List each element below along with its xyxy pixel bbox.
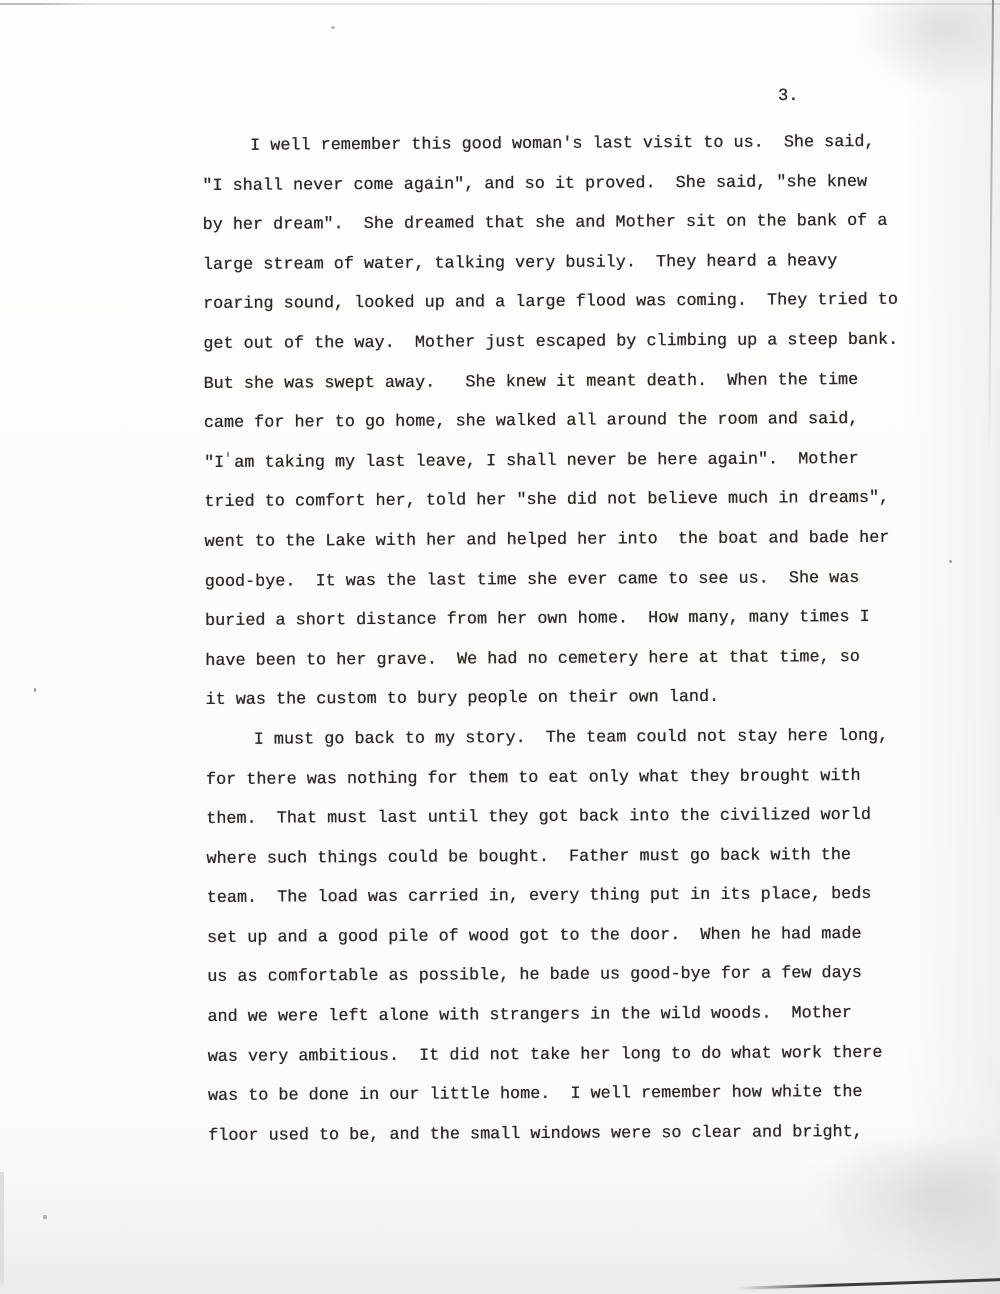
text-line: them. That must last until they got back… — [206, 796, 901, 840]
text-line: "I shall never come again", and so it pr… — [202, 162, 897, 206]
text-line: roaring sound, looked up and a large flo… — [203, 281, 898, 325]
text-line: tried to comfort her, told her "she did … — [204, 479, 899, 523]
text-line: have been to her grave. We had no cemete… — [205, 637, 900, 681]
text-line: buried a short distance from her own hom… — [205, 598, 900, 642]
paragraph: I well remember this good woman's last v… — [202, 123, 900, 721]
text-line: set up and a good pile of wood got to th… — [207, 915, 902, 959]
top-right-scan-mottle — [855, 0, 1000, 95]
right-shading — [905, 0, 1000, 1294]
text-line: and we were left alone with strangers in… — [207, 994, 902, 1038]
text-line: "I am taking my last leave, I shall neve… — [204, 439, 899, 483]
text-line: get out of the way. Mother just escaped … — [203, 321, 898, 365]
text-line: But she was swept away. She knew it mean… — [203, 360, 898, 404]
scan-top-edge-line — [0, 3, 1000, 5]
text-line: good-bye. It was the last time she ever … — [205, 558, 900, 602]
text-line: I well remember this good woman's last v… — [202, 123, 897, 167]
scanned-document-page: 3. I well remember this good woman's las… — [0, 0, 1000, 1294]
text-line: came for her to go home, she walked all … — [204, 400, 899, 444]
text-line: was very ambitious. It did not take her … — [208, 1033, 903, 1077]
text-line: for there was nothing for them to eat on… — [206, 756, 901, 800]
text-line: us as comfortable as possible, he bade u… — [207, 954, 902, 998]
text-line: large stream of water, talking very busi… — [203, 242, 898, 286]
scan-speck — [34, 688, 36, 692]
scan-speck — [331, 26, 335, 29]
text-line: floor used to be, and the small windows … — [208, 1113, 903, 1157]
left-bottom-edge-strip — [0, 1172, 4, 1284]
text-line: it was the custom to bury people on thei… — [205, 677, 900, 721]
text-line: where such things could be bought. Fathe… — [206, 835, 901, 879]
bottom-right-scan-mottle — [815, 1145, 1000, 1270]
text-line: was to be done in our little home. I wel… — [208, 1073, 903, 1117]
typewritten-text-body: I well remember this good woman's last v… — [202, 123, 903, 1157]
text-line: I must go back to my story. The team cou… — [206, 717, 901, 761]
scan-speck — [43, 1215, 47, 1219]
text-line: team. The load was carried in, every thi… — [207, 875, 902, 919]
text-line: went to the Lake with her and helped her… — [204, 519, 899, 563]
text-line: by her dream". She dreamed that she and … — [202, 202, 897, 246]
scan-speck — [949, 560, 952, 563]
paragraph: I must go back to my story. The team cou… — [206, 717, 904, 1157]
page-number: 3. — [778, 87, 799, 106]
